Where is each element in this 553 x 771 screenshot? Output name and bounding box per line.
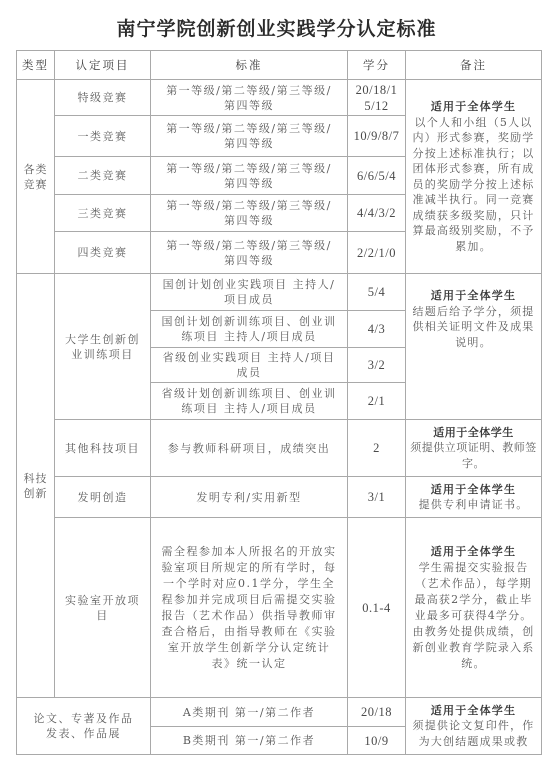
item-cell: 四类竞赛	[54, 231, 151, 274]
standard-cell: 第一等级/第二等级/第三等级/第四等级	[150, 194, 348, 232]
header-standard: 标准	[150, 50, 348, 80]
note-heading: 适用于全体学生	[431, 544, 516, 560]
standard-cell: 发明专利/实用新型	[150, 476, 348, 518]
note-innovation-training: 适用于全体学生 结题后给予学分，须提供相关证明文件及成果说明。	[405, 273, 542, 420]
note-text: 学生需提交实验报告（艺术作品），每学期最高获2学分，截止毕业最多可获得4学分。由…	[410, 560, 537, 672]
credit-cell: 20/18	[347, 697, 406, 727]
type-publications: 论文、专著及作品发表、作品展	[16, 697, 151, 755]
note-heading: 适用于全体学生	[431, 288, 516, 304]
note-text: 提供专利申请证书。	[419, 497, 529, 513]
item-cell: 其他科技项目	[54, 419, 151, 477]
note-text: 须提供立项证明、教师签字。	[410, 440, 537, 471]
standard-cell: B类期刊 第一/第二作者	[150, 726, 348, 755]
standard-cell: 第一等级/第二等级/第三等级/第四等级	[150, 231, 348, 274]
standard-cell: 需全程参加本人所报名的开放实验室项目所规定的所有学时，每一个学时对应0.1学分，…	[150, 517, 348, 698]
type-tech-innovation: 科技 创新	[16, 273, 55, 698]
note-text: 以个人和小组（5人以内）形式参赛，奖励学分按上述标准执行；以团体形式参赛，所有成…	[410, 115, 537, 255]
note-heading: 适用于全体学生	[431, 482, 516, 498]
type-line: 竞赛	[24, 177, 48, 192]
note-heading: 适用于全体学生	[431, 703, 516, 719]
standard-cell: 参与教师科研项目，成绩突出	[150, 419, 348, 477]
credit-cell: 0.1-4	[347, 517, 406, 698]
type-line: 各类	[24, 162, 48, 177]
header-type: 类型	[16, 50, 55, 80]
header-item: 认定项目	[54, 50, 151, 80]
header-credit: 学分	[347, 50, 406, 80]
standard-cell: 国创计划创业实践项目 主持人/项目成员	[150, 273, 348, 311]
item-cell: 实验室开放项目	[54, 517, 151, 698]
credit-cell: 3/2	[347, 347, 406, 383]
credit-cell: 2/1	[347, 382, 406, 420]
credit-cell: 10/9	[347, 726, 406, 755]
item-cell: 特级竞赛	[54, 79, 151, 116]
standard-cell: 国创计划创新训练项目、创业训练项目 主持人/项目成员	[150, 310, 348, 348]
note-text: 结题后给予学分，须提供相关证明文件及成果说明。	[410, 304, 537, 351]
item-cell: 三类竞赛	[54, 194, 151, 232]
standard-cell: 第一等级/第二等级/第三等级/第四等级	[150, 79, 348, 116]
standard-cell: 第一等级/第二等级/第三等级/第四等级	[150, 115, 348, 157]
note-competitions: 适用于全体学生 以个人和小组（5人以内）形式参赛，奖励学分按上述标准执行；以团体…	[405, 79, 542, 274]
credit-cell: 20/18/15/12	[347, 79, 406, 116]
credit-cell: 6/6/5/4	[347, 156, 406, 195]
credit-cell: 4/3	[347, 310, 406, 348]
header-note: 备注	[405, 50, 542, 80]
note-other-tech: 适用于全体学生 须提供立项证明、教师签字。	[405, 419, 542, 477]
type-line: 创新	[24, 486, 48, 501]
note-text: 须提供论文复印件，作为大创结题成果或教	[410, 718, 537, 749]
note-publications: 适用于全体学生 须提供论文复印件，作为大创结题成果或教	[405, 697, 542, 755]
item-cell: 发明创造	[54, 476, 151, 518]
type-line: 科技	[24, 471, 48, 486]
credit-cell: 2/2/1/0	[347, 231, 406, 274]
standard-cell: 省级创业实践项目 主持人/项目成员	[150, 347, 348, 383]
credit-cell: 10/9/8/7	[347, 115, 406, 157]
standard-cell: 第一等级/第二等级/第三等级/第四等级	[150, 156, 348, 195]
item-cell: 大学生创新创业训练项目	[54, 273, 151, 420]
note-heading: 适用于全体学生	[433, 425, 514, 441]
note-heading: 适用于全体学生	[431, 99, 516, 115]
item-cell: 二类竞赛	[54, 156, 151, 195]
credit-cell: 4/4/3/2	[347, 194, 406, 232]
standard-cell: A类期刊 第一/第二作者	[150, 697, 348, 727]
credit-cell: 2	[347, 419, 406, 477]
type-competitions: 各类 竞赛	[16, 79, 55, 274]
credit-cell: 5/4	[347, 273, 406, 311]
credit-cell: 3/1	[347, 476, 406, 518]
page-title: 南宁学院创新创业实践学分认定标准	[0, 14, 553, 41]
note-invention: 适用于全体学生 提供专利申请证书。	[405, 476, 542, 518]
note-open-lab: 适用于全体学生 学生需提交实验报告（艺术作品），每学期最高获2学分，截止毕业最多…	[405, 517, 542, 698]
standard-cell: 省级计划创新训练项目、创业训练项目 主持人/项目成员	[150, 382, 348, 420]
item-cell: 一类竞赛	[54, 115, 151, 157]
